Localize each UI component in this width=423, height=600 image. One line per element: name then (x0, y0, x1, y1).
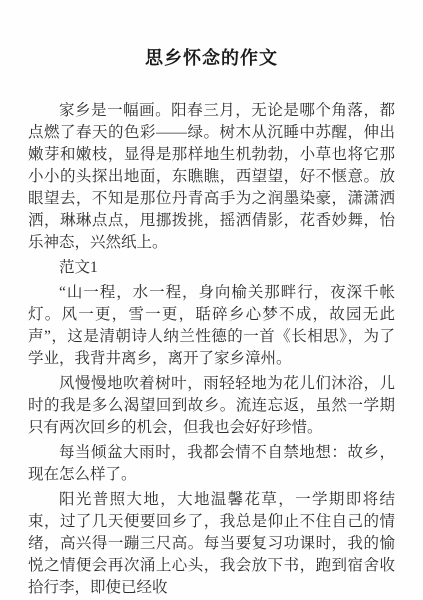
section-label-fanwen1: 范文1 (28, 257, 395, 279)
essay-paragraph-downpour: 每当倾盆大雨时，我都会情不自禁地想：故乡，现在怎么样了。 (28, 442, 395, 486)
document-page: 思乡怀念的作文 家乡是一幅画。阳春三月，无论是哪个角落，都点燃了春天的色彩——绿… (0, 0, 423, 600)
essay-paragraph-sunshine: 阳光普照大地，大地温馨花草，一学期即将结束，过了几天便要回乡了，我总是仰止不住自… (28, 489, 395, 599)
essay-paragraph-poem: “山一程，水一程，身向榆关那畔行，夜深千帐灯。风一更，雪一更，聒碎乡心梦不成，故… (28, 282, 395, 370)
essay-title: 思乡怀念的作文 (28, 46, 395, 70)
essay-paragraph-intro: 家乡是一幅画。阳春三月，无论是哪个角落，都点燃了春天的色彩——绿。树木从沉睡中苏… (28, 100, 395, 254)
essay-body: 家乡是一幅画。阳春三月，无论是哪个角落，都点燃了春天的色彩——绿。树木从沉睡中苏… (28, 100, 395, 599)
essay-paragraph-wind-rain: 风慢慢地吹着树叶，雨轻轻地为花儿们沐浴，儿时的我是多么渴望回到故乡。流连忘返，虽… (28, 373, 395, 439)
